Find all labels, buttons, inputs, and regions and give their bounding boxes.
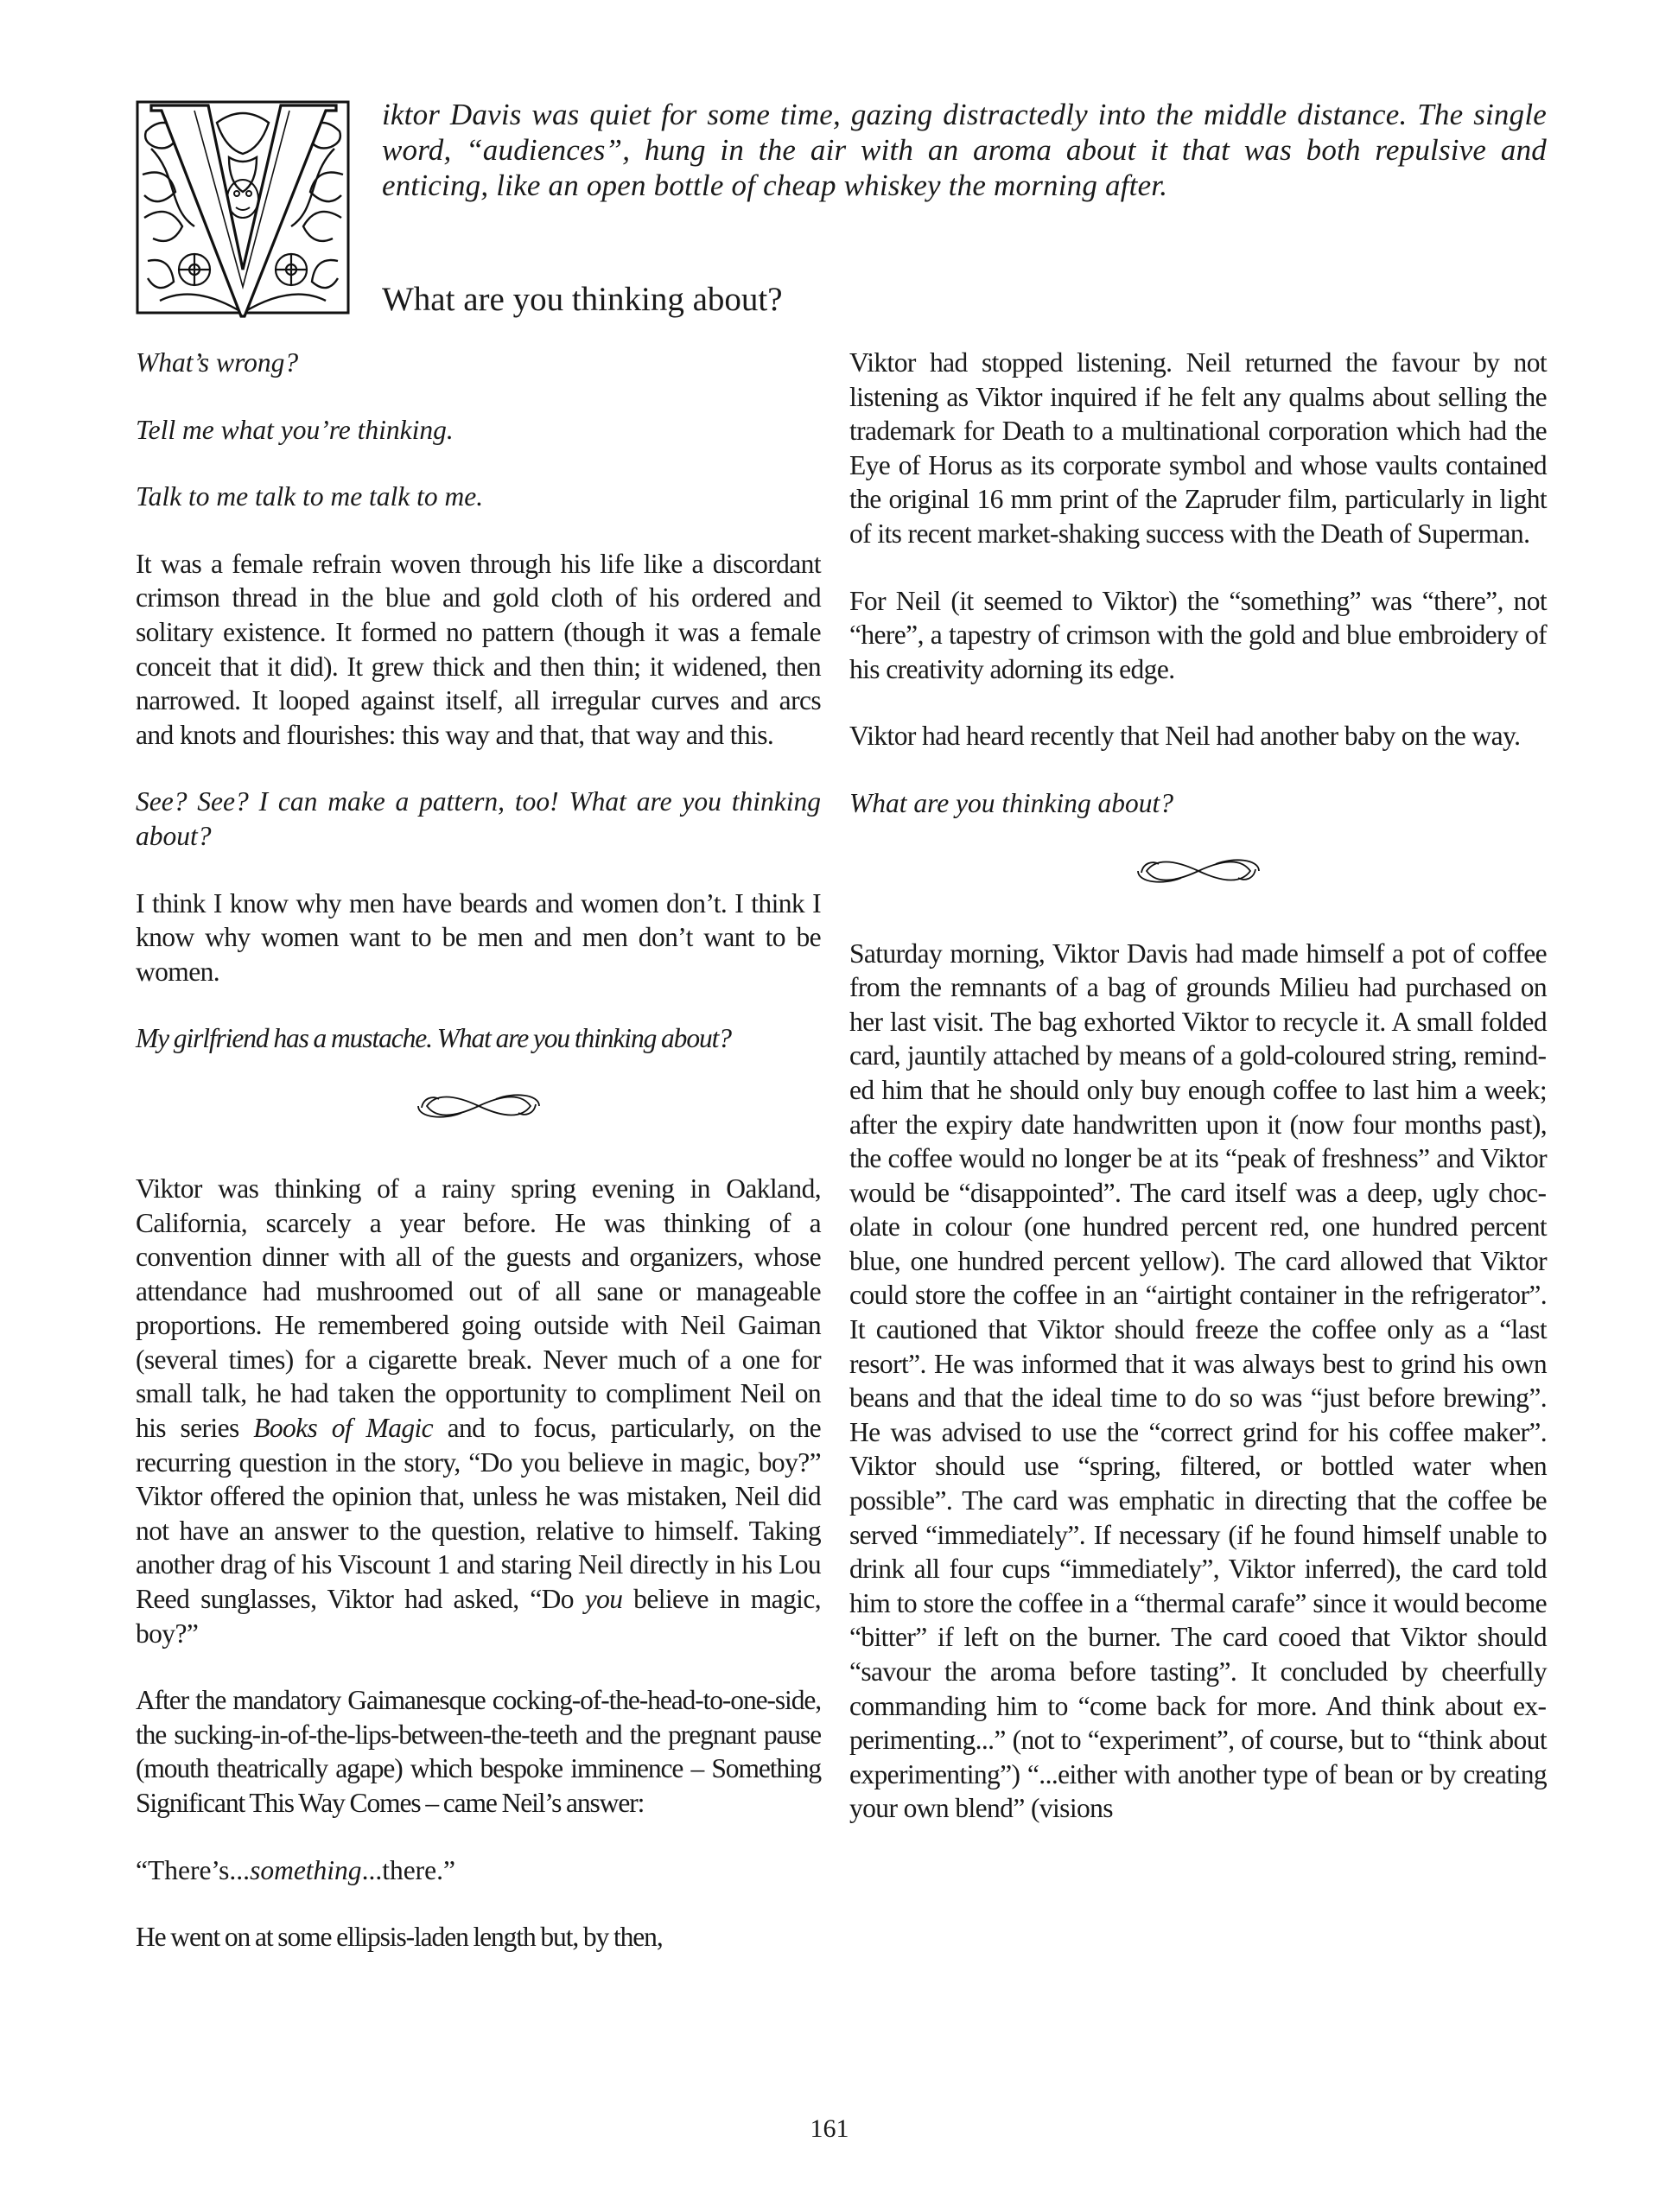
opening-question: What are you thinking about? [382, 280, 783, 320]
body-paragraph: Viktor had heard recently that Neil had … [849, 719, 1547, 753]
body-paragraph: For Neil (it seemed to Viktor) the “some… [849, 584, 1547, 687]
emphasis: something [250, 1855, 362, 1885]
italic-line: Tell me what you’re thinking. [136, 413, 821, 448]
body-paragraph: I think I know why men have beards and w… [136, 887, 821, 989]
body-paragraph: He went on at some ellipsis-laden length… [136, 1920, 821, 1955]
page-number: 161 [0, 2113, 1659, 2145]
ornamental-initial-v-icon [134, 97, 352, 321]
opening-lead-paragraph: iktor Davis was quiet for some time, gaz… [382, 97, 1547, 203]
left-column: What’s wrong? Tell me what you’re thinki… [136, 346, 821, 1987]
quote-line: “There’s...something...there.” [136, 1853, 821, 1888]
right-column: Viktor had stopped listening. Neil retur… [849, 346, 1547, 1859]
body-paragraph: After the mandatory Gaimanesque cocking-… [136, 1683, 821, 1820]
body-paragraph: Saturday morning, Viktor Davis had made … [849, 937, 1547, 1826]
emphasis: you [585, 1584, 623, 1614]
body-paragraph: Viktor was thinking of a rainy spring ev… [136, 1172, 821, 1650]
italic-line: Talk to me talk to me talk to me. [136, 480, 821, 514]
book-title: Books of Magic [253, 1413, 433, 1443]
italic-line: What are you thinking about? [849, 786, 1547, 821]
chapter-opening: iktor Davis was quiet for some time, gaz… [134, 97, 1551, 330]
infinity-flourish-ornament-icon [1129, 854, 1268, 888]
italic-line: My girlfriend has a mustache. What are y… [136, 1021, 821, 1056]
book-page: iktor Davis was quiet for some time, gaz… [0, 0, 1659, 2212]
infinity-flourish-ornament-icon [410, 1089, 548, 1123]
italic-paragraph: See? See? I can make a pattern, too! Wha… [136, 785, 821, 853]
body-paragraph: It was a female refrain woven through hi… [136, 547, 821, 753]
body-paragraph: Viktor had stopped listening. Neil retur… [849, 346, 1547, 551]
italic-line: What’s wrong? [136, 346, 821, 380]
